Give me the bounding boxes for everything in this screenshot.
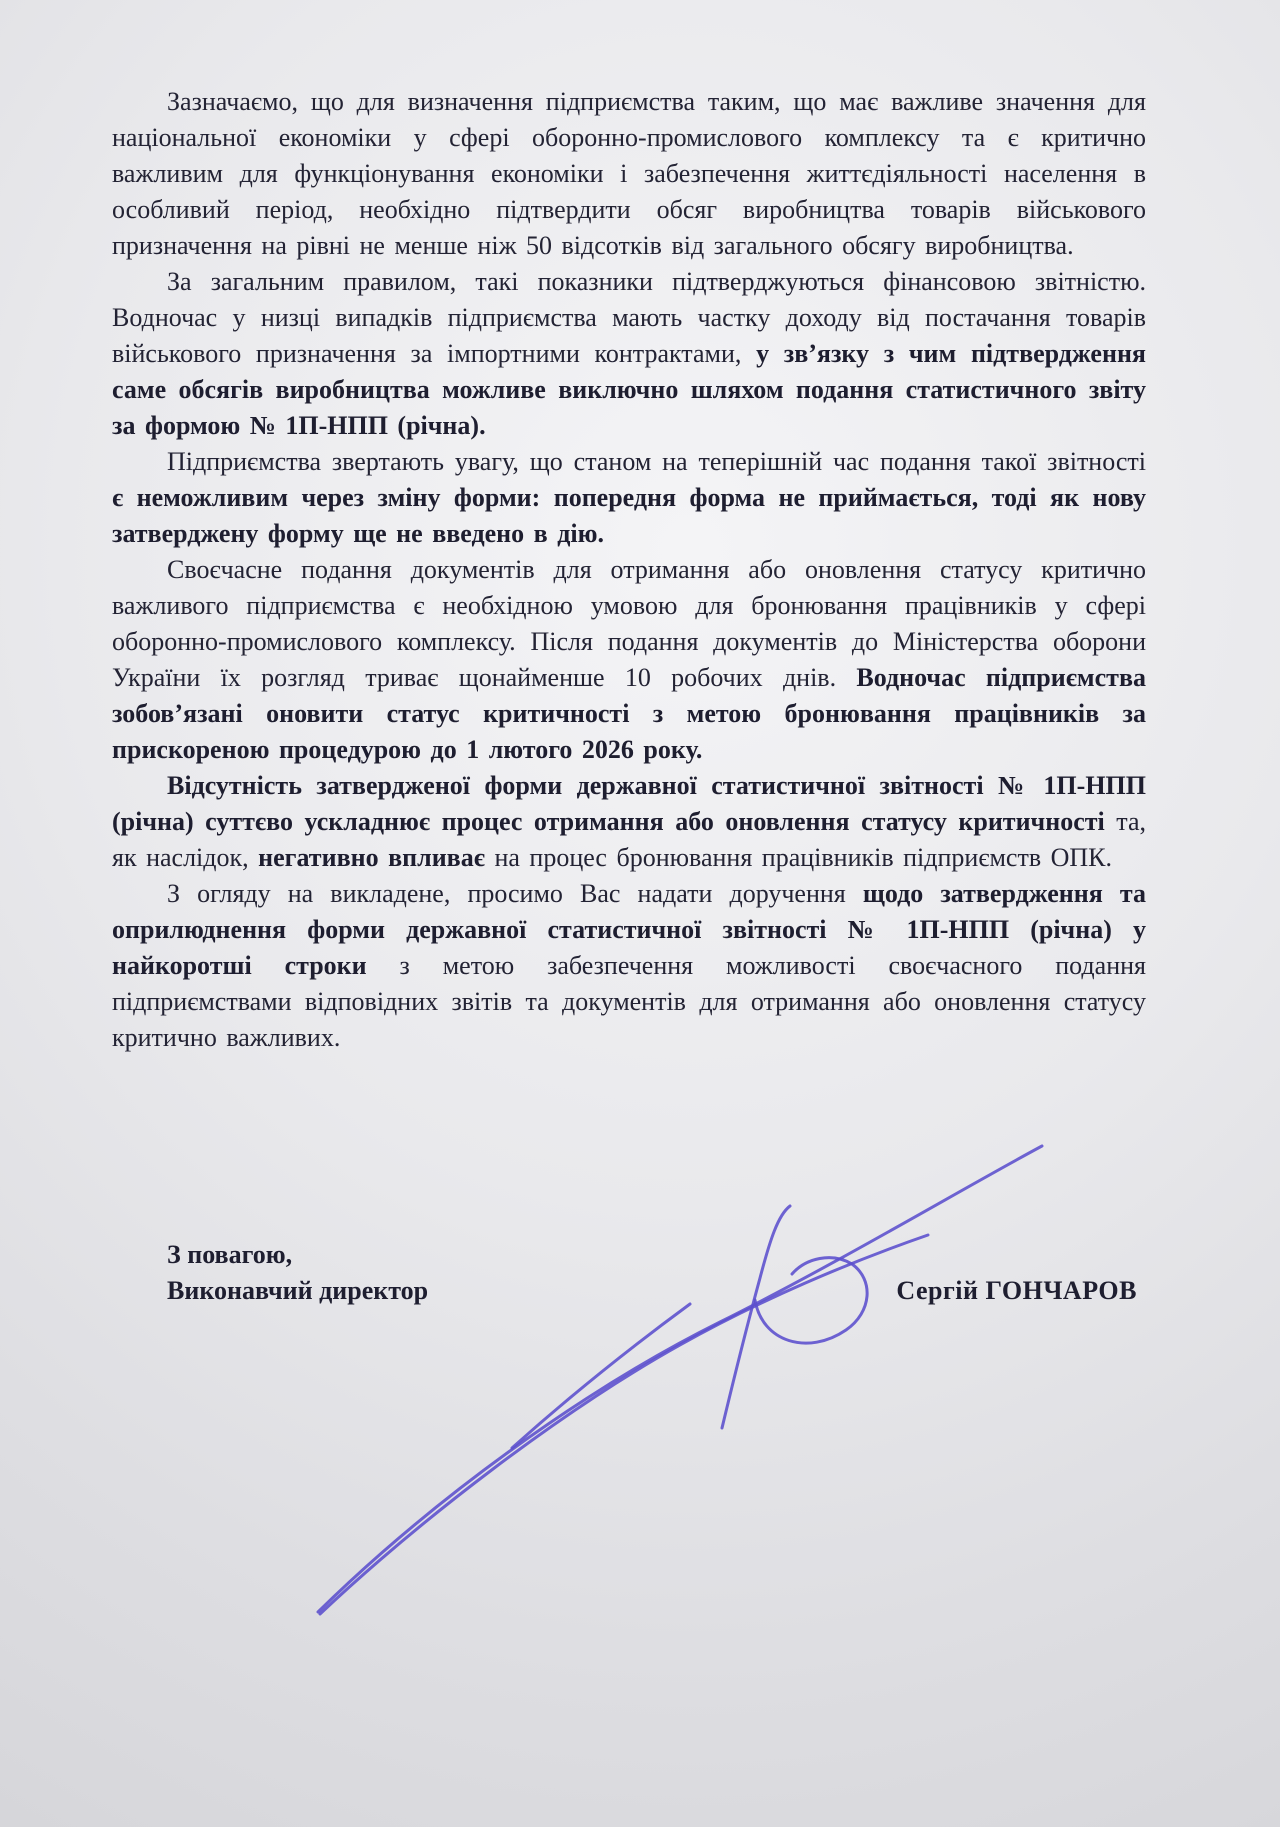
text-run: Підприємства звертають увагу, що станом …	[167, 447, 1146, 476]
signature-stroke	[318, 1146, 1042, 1612]
bold-text-run: є неможливим через зміну форми: попередн…	[112, 483, 1146, 548]
paragraph: З огляду на викладене, просимо Вас надат…	[112, 876, 1146, 1056]
paragraph: За загальним правилом, такі показники пі…	[112, 264, 1146, 444]
text-run: Зазначаємо, що для визначення підприємст…	[112, 87, 1146, 260]
closing-salutation: З повагою,	[167, 1237, 1146, 1273]
scanned-letter-page: Зазначаємо, що для визначення підприємст…	[0, 0, 1280, 1827]
bold-text-run: Відсутність затвердженої форми державної…	[112, 771, 1146, 836]
paragraph: Зазначаємо, що для визначення підприємст…	[112, 84, 1146, 264]
letter-body: Зазначаємо, що для визначення підприємст…	[112, 84, 1146, 1056]
text-run: на процес бронювання працівників підприє…	[494, 843, 1112, 872]
signer-name: Сергій ГОНЧАРОВ	[896, 1273, 1137, 1309]
signature-stroke	[512, 1304, 690, 1448]
bold-text-run: негативно впливає	[258, 843, 494, 872]
paragraph: Своєчасне подання документів для отриман…	[112, 552, 1146, 768]
closing-block: З повагою, Виконавчий директор Сергій ГО…	[112, 1237, 1146, 1309]
paragraph: Відсутність затвердженої форми державної…	[112, 768, 1146, 876]
paragraph: Підприємства звертають увагу, що станом …	[112, 444, 1146, 552]
text-run: З огляду на викладене, просимо Вас надат…	[167, 879, 863, 908]
